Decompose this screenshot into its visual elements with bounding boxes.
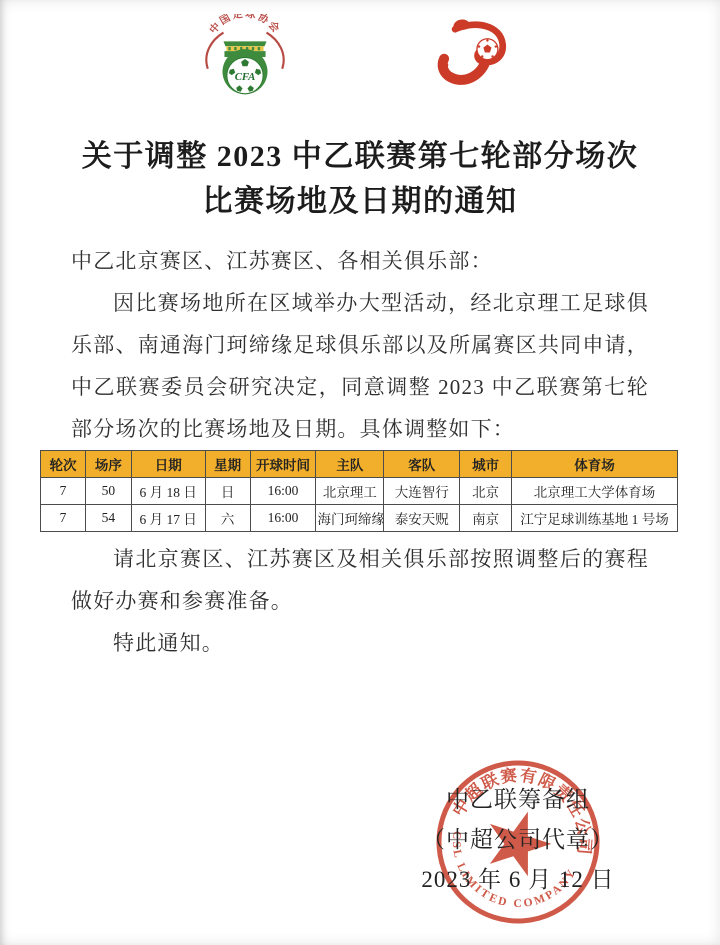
- table-cell: 大连智行: [384, 478, 460, 505]
- col-header-stadium: 体育场: [512, 451, 678, 478]
- table-cell: 江宁足球训练基地 1 号场: [512, 505, 678, 532]
- table-row: 7 54 6 月 17 日 六 16:00 海门珂缔缘 泰安天贶 南京 江宁足球…: [41, 505, 678, 532]
- col-header-weekday: 星期: [205, 451, 250, 478]
- col-header-kickoff: 开球时间: [250, 451, 316, 478]
- col-header-round: 轮次: [41, 451, 86, 478]
- table-cell: 日: [205, 478, 250, 505]
- body-paragraph-3: 特此通知。: [71, 622, 649, 664]
- table-cell: 6 月 18 日: [131, 478, 205, 505]
- notice-title: 关于调整 2023 中乙联赛第七轮部分场次 比赛场地及日期的通知: [0, 134, 720, 224]
- cfa-abbr-text: CFA: [235, 71, 256, 83]
- signature-block: 中乙联筹备组 （中超公司代章） 2023 年 6 月 12 日: [396, 780, 640, 900]
- notice-body: 中乙北京赛区、江苏赛区、各相关俱乐部： 因比赛场地所在区域举办大型活动，经北京理…: [71, 240, 649, 450]
- col-header-city: 城市: [460, 451, 512, 478]
- table-cell: 7: [41, 505, 86, 532]
- salutation: 中乙北京赛区、江苏赛区、各相关俱乐部：: [71, 240, 649, 282]
- table-cell: 北京理工大学体育场: [512, 478, 678, 505]
- league-dragon-logo: [428, 14, 524, 94]
- small-football-icon: [477, 39, 498, 60]
- cfa-logo: 中国足球协会 CFA: [199, 14, 291, 100]
- table-cell: 16:00: [250, 505, 316, 532]
- cfa-left-swoosh-icon: [206, 33, 223, 69]
- football-icon: CFA: [227, 57, 263, 93]
- table-cell: 海门珂缔缘: [316, 505, 384, 532]
- table-cell: 北京: [460, 478, 512, 505]
- cfa-arc-text: 中国足球协会: [206, 14, 283, 36]
- table-cell: 6 月 17 日: [131, 505, 205, 532]
- signature-note: （中超公司代章）: [396, 820, 640, 860]
- table-cell: 7: [41, 478, 86, 505]
- table-cell: 50: [85, 478, 131, 505]
- col-header-home: 主队: [316, 451, 384, 478]
- table-cell: 泰安天贶: [384, 505, 460, 532]
- notice-closing: 请北京赛区、江苏赛区及相关俱乐部按照调整后的赛程做好办赛和参赛准备。 特此通知。: [71, 538, 649, 664]
- col-header-away: 客队: [384, 451, 460, 478]
- col-header-date: 日期: [131, 451, 205, 478]
- table-row: 7 50 6 月 18 日 日 16:00 北京理工 大连智行 北京 北京理工大…: [41, 478, 678, 505]
- table-header-row: 轮次 场序 日期 星期 开球时间 主队 客队 城市 体育场: [41, 451, 678, 478]
- table-cell: 南京: [460, 505, 512, 532]
- col-header-match-no: 场序: [85, 451, 131, 478]
- notice-title-line1: 关于调整 2023 中乙联赛第七轮部分场次: [0, 134, 720, 179]
- body-paragraph-2: 请北京赛区、江苏赛区及相关俱乐部按照调整后的赛程做好办赛和参赛准备。: [71, 538, 649, 622]
- signature-date: 2023 年 6 月 12 日: [396, 860, 640, 900]
- table-cell: 54: [85, 505, 131, 532]
- signature-org: 中乙联筹备组: [396, 780, 640, 820]
- table-cell: 北京理工: [316, 478, 384, 505]
- body-paragraph-1: 因比赛场地所在区域举办大型活动，经北京理工足球俱乐部、南通海门珂缔缘足球俱乐部以…: [71, 282, 649, 450]
- notice-document: 中国足球协会 CFA: [0, 0, 720, 945]
- adjustment-table: 轮次 场序 日期 星期 开球时间 主队 客队 城市 体育场 7 50 6 月 1…: [40, 450, 678, 532]
- table-cell: 六: [205, 505, 250, 532]
- notice-title-line2: 比赛场地及日期的通知: [0, 179, 720, 224]
- cfa-right-swoosh-icon: [267, 33, 284, 69]
- table-cell: 16:00: [250, 478, 316, 505]
